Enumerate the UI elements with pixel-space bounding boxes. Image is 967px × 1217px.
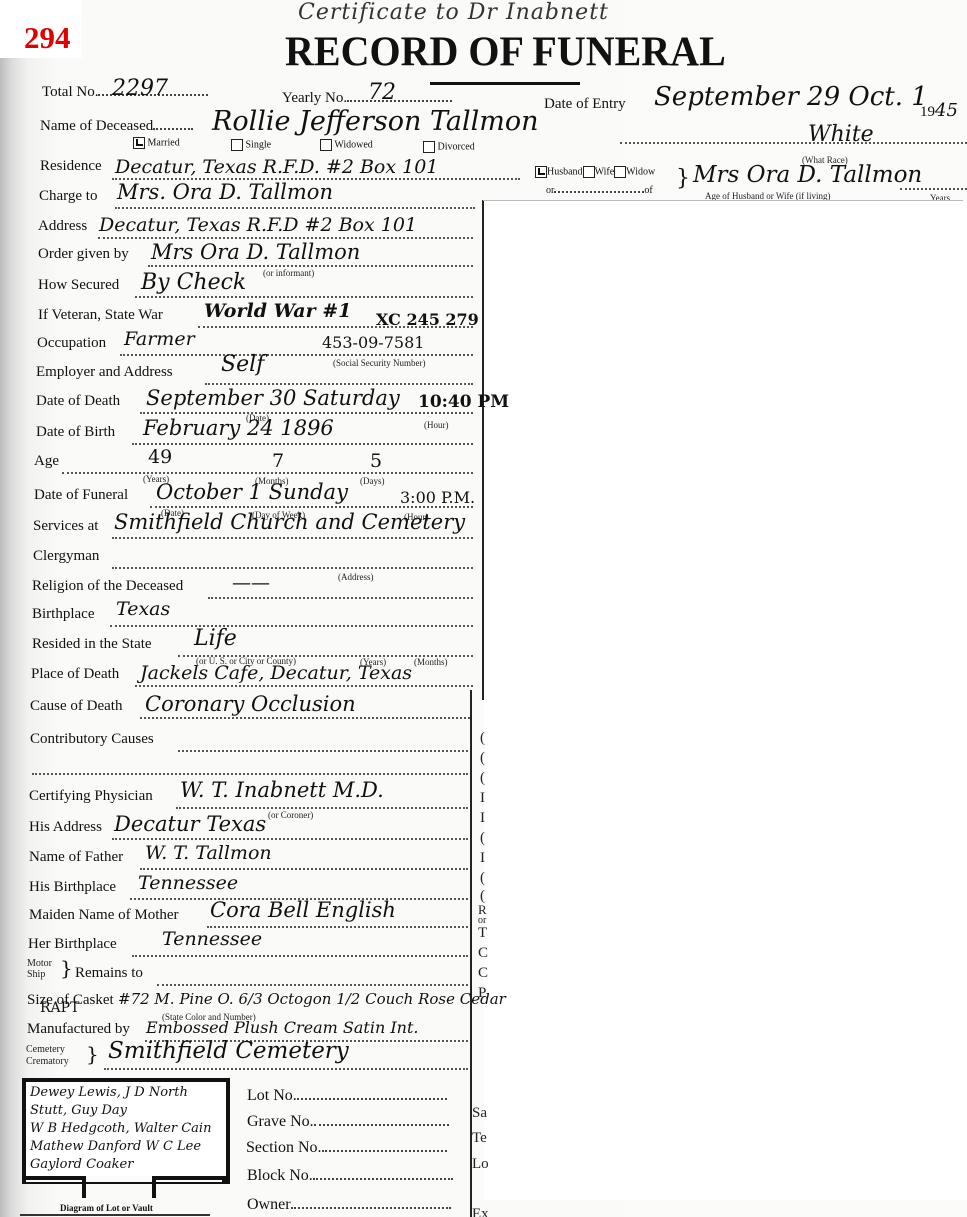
motor-ship-label: Motor Ship (27, 958, 52, 980)
casket-value: #72 M. Pine O. 6/3 Octogon 1/2 Couch Ros… (118, 990, 506, 1008)
lot-no-field: Lot No. (247, 1087, 447, 1105)
brace-icon: } (60, 956, 73, 980)
marital-single[interactable]: Single (231, 139, 271, 151)
widow-checkbox[interactable] (614, 166, 626, 178)
services-at-field: Services at (33, 518, 98, 535)
address-field: Address (38, 218, 87, 235)
father-field: Name of Father (29, 849, 123, 866)
birthplace-field: Birthplace (32, 606, 94, 623)
death-hour-caption: (Hour) (424, 420, 449, 430)
charge-to-value: Mrs. Ora D. Tallmon (117, 180, 333, 204)
lot-diagram: Dewey Lewis, J D North Stutt, Guy Day W … (22, 1078, 230, 1184)
manufactured-by-value: Embossed Plush Cream Satin Int. (146, 1018, 418, 1037)
date-of-death-field: Date of Death (36, 393, 120, 410)
religion-field: Religion of the Deceased (32, 578, 183, 595)
father-value: W. T. Tallmon (145, 842, 272, 864)
order-given-by-field: Order given by (38, 246, 129, 263)
residence-value: Decatur, Texas R.F.D. #2 Box 101 (115, 156, 438, 178)
owner-field: Owner (247, 1196, 451, 1214)
deceased-name-value: Rollie Jefferson Tallmon (212, 106, 538, 137)
marital-married[interactable]: Married (133, 137, 180, 149)
physician-value: W. T. Inabnett M.D. (180, 778, 384, 802)
column-divider (482, 200, 484, 700)
physician-address-field: His Address (29, 819, 102, 836)
occupation-field: Occupation (37, 335, 106, 352)
clergyman-address-caption: (Address) (338, 572, 374, 582)
age-days-caption: (Days) (360, 476, 385, 486)
cause-of-death-value: Coronary Occlusion (145, 692, 356, 716)
total-no-value: 2297 (112, 76, 168, 101)
resided-value: Life (194, 626, 237, 651)
brace-icon: } (86, 1042, 99, 1066)
mother-birthplace-field: Her Birthplace (28, 936, 117, 953)
title-rule (430, 82, 580, 85)
rapt-annotation: RAPT (40, 1000, 79, 1016)
covered-region (484, 200, 967, 1200)
mother-birthplace-value: Tennessee (162, 928, 262, 950)
yearly-no-value: 72 (368, 80, 396, 105)
manufactured-by-field: Manufactured by (27, 1021, 130, 1038)
date-of-entry-value: September 29 Oct. 1 (654, 82, 928, 112)
date-of-birth-value: February 24 1896 (143, 416, 334, 440)
section-no-field: Section No. (246, 1139, 447, 1157)
occupation-value: Farmer (124, 328, 195, 350)
contributory-causes-field: Contributory Causes (30, 731, 154, 748)
informant-caption: (or informant) (263, 268, 314, 278)
funeral-hour-value: 3:00 P.M. (400, 488, 475, 507)
resided-months-caption: (Months) (414, 657, 448, 667)
date-of-death-value: September 30 Saturday (146, 386, 400, 410)
pallbearers-list: Dewey Lewis, J D North Stutt, Guy Day W … (30, 1084, 211, 1174)
date-of-funeral-value: October 1 Sunday (156, 480, 348, 504)
date-of-funeral-field: Date of Funeral (34, 487, 128, 504)
physician-address-value: Decatur Texas (114, 812, 266, 836)
married-checkbox[interactable] (133, 137, 145, 149)
cause-of-death-field: Cause of Death (30, 698, 122, 715)
mother-value: Cora Bell English (210, 898, 396, 922)
spouse-name-value: Mrs Ora D. Tallmon (693, 162, 922, 188)
funeral-record-page: 294 Certificate to Dr Inabnett RECORD OF… (0, 0, 967, 1217)
veteran-value: World War #1 (204, 300, 351, 322)
veteran-claim-number: XC 245 279 (376, 310, 479, 329)
remains-to-field: Remains to (75, 965, 143, 982)
ssn-value: 453-09-7581 (322, 333, 424, 352)
age-months-value: 7 (272, 450, 284, 472)
marital-widowed[interactable]: Widowed (320, 139, 373, 151)
single-checkbox[interactable] (231, 139, 243, 151)
brace-icon: } (676, 166, 690, 191)
age-days-value: 5 (370, 450, 382, 472)
place-of-death-field: Place of Death (31, 666, 119, 683)
birthplace-value: Texas (116, 598, 170, 620)
address-value: Decatur, Texas R.F.D #2 Box 101 (99, 214, 417, 236)
physician-field: Certifying Physician (29, 788, 153, 805)
race-value: White (808, 122, 874, 147)
mother-field: Maiden Name of Mother (29, 907, 179, 924)
diagram-caption: Diagram of Lot or Vault (60, 1203, 153, 1213)
father-birthplace-value: Tennessee (138, 872, 238, 894)
order-given-by-value: Mrs Ora D. Tallmon (151, 240, 360, 264)
cemetery-value: Smithfield Cemetery (108, 1038, 349, 1064)
how-secured-value: By Check (141, 270, 246, 295)
place-of-death-value: Jackels Cafe, Decatur, Texas (140, 662, 412, 684)
reference-badge: 294 (0, 0, 82, 58)
marital-divorced[interactable]: Divorced (423, 141, 475, 153)
employer-field: Employer and Address (36, 364, 173, 381)
certificate-annotation: Certificate to Dr Inabnett (298, 0, 609, 25)
ssn-caption: (Social Security Number) (333, 358, 425, 368)
time-of-death-value: 10:40 PM (418, 392, 509, 412)
charge-to-field: Charge to (39, 188, 97, 205)
document-title: RECORD OF FUNERAL (285, 27, 726, 76)
veteran-field: If Veteran, State War (38, 307, 163, 324)
resided-field: Resided in the State (32, 636, 152, 653)
husband-checkbox[interactable] (535, 166, 547, 178)
residence-field: Residence (40, 158, 102, 175)
wife-checkbox[interactable] (583, 166, 595, 178)
clergyman-field: Clergyman (33, 548, 99, 565)
spouse-or-of: orof (546, 185, 653, 196)
religion-value: —— (232, 572, 270, 594)
block-no-field: Block No. (247, 1167, 453, 1185)
services-at-value: Smithfield Church and Cemetery (114, 510, 465, 534)
grave-no-field: Grave No. (247, 1113, 449, 1131)
date-of-entry-field: Date of Entry (544, 96, 626, 113)
father-birthplace-field: His Birthplace (29, 879, 116, 896)
how-secured-field: How Secured (38, 277, 119, 294)
spouse-options: HusbandWifeWidow (535, 166, 655, 178)
age-years-value: 49 (148, 446, 172, 468)
employer-value: Self (221, 352, 264, 377)
coroner-caption: (or Coroner) (268, 810, 313, 820)
name-field: Name of Deceased (40, 118, 193, 135)
widowed-checkbox[interactable] (320, 139, 332, 151)
age-field: Age (34, 453, 59, 470)
divorced-checkbox[interactable] (423, 141, 435, 153)
date-of-birth-field: Date of Birth (36, 424, 115, 441)
reference-number: 294 (24, 20, 71, 56)
entry-year: 1945 (920, 100, 958, 121)
cemetery-label: Cemetery Crematory (26, 1044, 69, 1068)
